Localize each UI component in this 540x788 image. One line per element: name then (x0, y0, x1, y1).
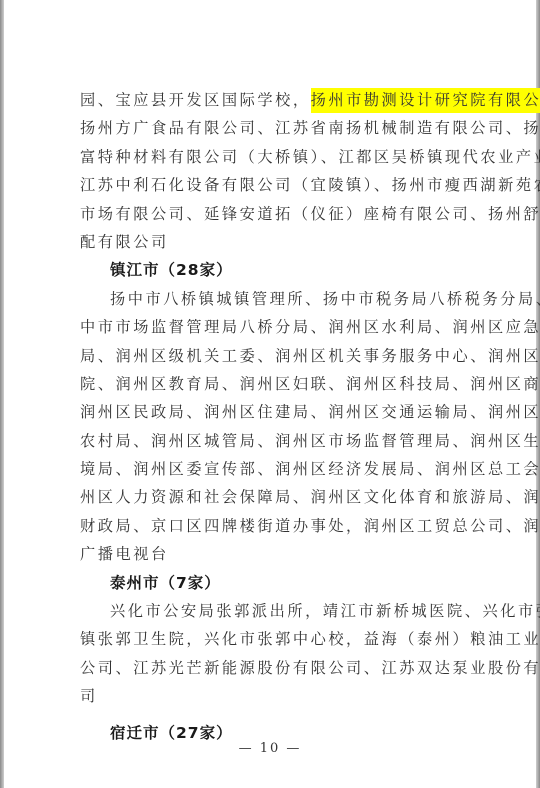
text-line: 公司、江苏光芒新能源股份有限公司、江苏双达泵业股份有限公 (80, 654, 502, 682)
text-line: 司 (80, 682, 502, 710)
text-line: 扬州方广食品有限公司、江苏省南扬机械制造有限公司、扬州泰 (80, 114, 502, 142)
page-frame-left (0, 0, 4, 788)
text-line: 兴化市公安局张郭派出所，靖江市新桥城医院、兴化市张郭 (80, 597, 502, 625)
section-heading-zhenjiang: 镇江市（28家） (80, 256, 502, 284)
text-line: 配有限公司 (80, 228, 502, 256)
text-line: 市场有限公司、延锋安道拓（仪征）座椅有限公司、扬州舒悦汽 (80, 200, 502, 228)
page-number: — 10 — (0, 741, 540, 756)
text-line: 广播电视台 (80, 540, 502, 568)
spacer (80, 711, 502, 719)
text-line: 镇张郭卫生院，兴化市张郭中心校，益海（泰州）粮油工业有限 (80, 625, 502, 653)
text-segment: 园、宝应县开发区国际学校， (80, 91, 311, 109)
text-line: 院、润州区教育局、润州区妇联、润州区科技局、润州区商务局、 (80, 370, 502, 398)
text-line: 润州区民政局、润州区住建局、润州区交通运输局、润州区农业 (80, 398, 502, 426)
text-line: 园、宝应县开发区国际学校，扬州市勘测设计研究院有限公司、 (80, 86, 502, 114)
text-line: 中市市场监督管理局八桥分局、润州区水利局、润州区应急管理 (80, 313, 502, 341)
text-line: 境局、润州区委宣传部、润州区经济发展局、润州区总工会、润 (80, 455, 502, 483)
text-line: 局、润州区级机关工委、润州区机关事务服务中心、润州区检察 (80, 342, 502, 370)
text-line: 富特种材料有限公司（大桥镇）、江都区吴桥镇现代农业产业园、 (80, 143, 502, 171)
text-line: 财政局、京口区四牌楼街道办事处，润州区工贸总公司、润州区 (80, 512, 502, 540)
text-line: 扬中市八桥镇城镇管理所、扬中市税务局八桥税务分局、扬 (80, 285, 502, 313)
document-page: 园、宝应县开发区国际学校，扬州市勘测设计研究院有限公司、 扬州方广食品有限公司、… (80, 86, 502, 747)
text-line: 农村局、润州区城管局、润州区市场监督管理局、润州区生态环 (80, 427, 502, 455)
text-line: 州区人力资源和社会保障局、润州区文化体育和旅游局、润州区 (80, 483, 502, 511)
highlighted-text: 扬州市勘测设计研究院有限公司、 (311, 88, 540, 113)
text-line: 江苏中利石化设备有限公司（宜陵镇）、扬州市瘦西湖新苑农贸 (80, 171, 502, 199)
section-heading-taizhou: 泰州市（7家） (80, 569, 502, 597)
